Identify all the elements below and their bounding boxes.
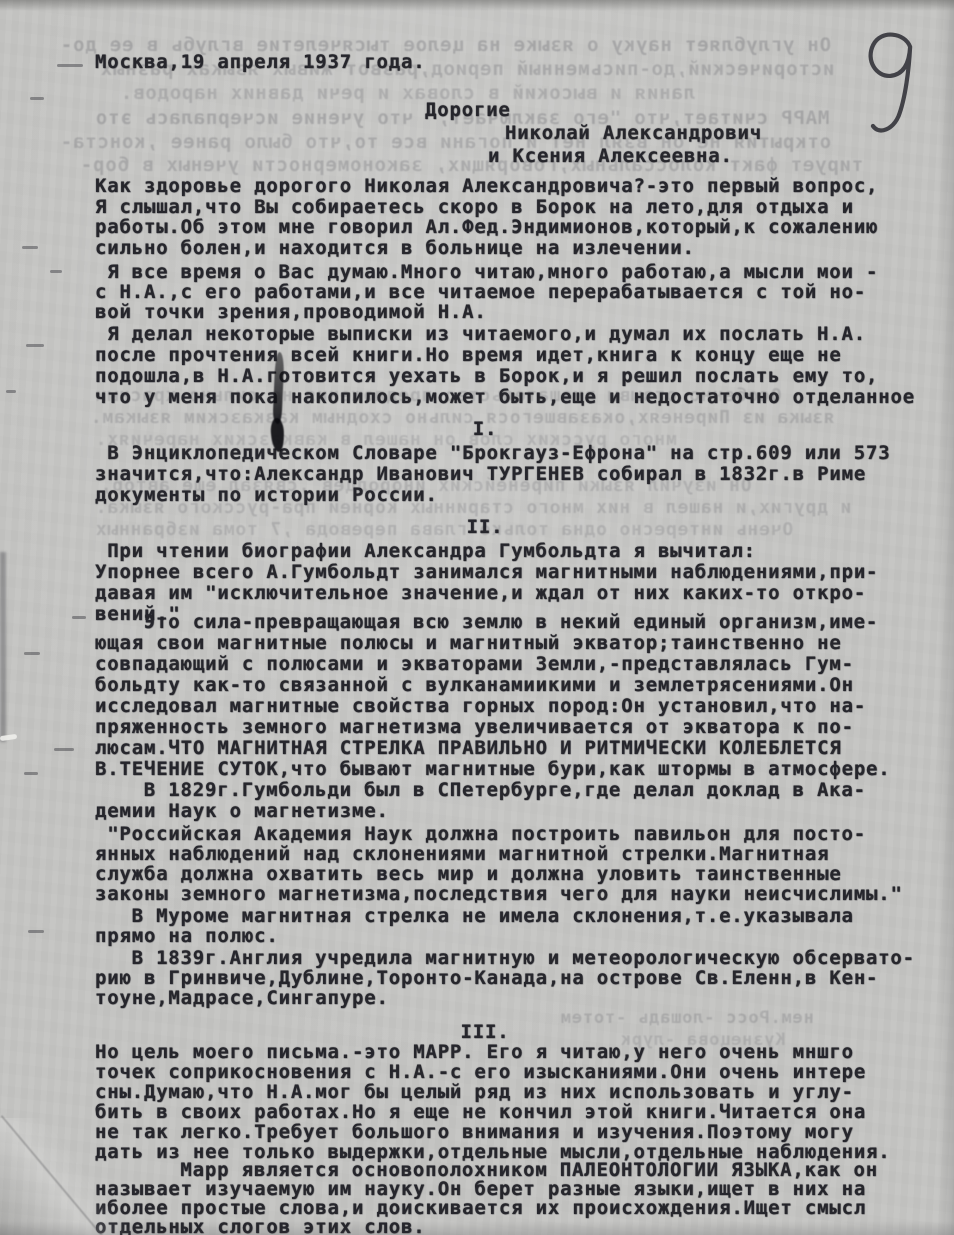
section-heading-3: III. bbox=[80, 1022, 890, 1043]
handwritten-nine-glyph bbox=[859, 26, 927, 147]
bleedthrough-text: тирует факт колоссальных,говорящих, зако… bbox=[80, 154, 863, 176]
section-heading-2: II. bbox=[80, 517, 890, 538]
para-4: В Энциклопедическом Словаре "Брокгауз-Еф… bbox=[95, 443, 890, 506]
margin-dash-mark bbox=[50, 270, 62, 273]
margin-dash-mark bbox=[26, 344, 44, 347]
salutation-line-3: и Ксения Алексеевна. bbox=[488, 146, 733, 167]
margin-dash-mark bbox=[54, 748, 74, 751]
handwritten-page-number: 9 bbox=[859, 26, 927, 147]
paper-scratch bbox=[0, 734, 17, 741]
para-10: В 1839г.Англия учредила магнитную и мете… bbox=[95, 948, 915, 1008]
margin-dash-mark bbox=[72, 616, 86, 619]
para-7: В 1829г.Гумбольди был в СПетербурге,где … bbox=[95, 780, 866, 822]
para-3: Я делал некоторые выписки из читаемого,и… bbox=[95, 324, 915, 408]
margin-dash-mark bbox=[30, 97, 44, 100]
margin-dash-mark bbox=[57, 64, 83, 67]
salutation-line-2: Николай Александрович bbox=[505, 123, 762, 144]
para-11: Но цель моего письма.-это МАРР. Его я чи… bbox=[95, 1042, 891, 1162]
letter-page: Он углубляет науку о языке на целое тыся… bbox=[0, 0, 954, 1235]
dateline: Москва,19 апреля 1937 года. bbox=[95, 52, 425, 73]
margin-dash-mark bbox=[24, 652, 40, 655]
para-9: В Муроме магнитная стрелка не имела скло… bbox=[95, 906, 854, 946]
margin-dash-mark bbox=[28, 930, 44, 933]
para-6: Это сила-превращающая всю землю в некий … bbox=[95, 612, 891, 780]
margin-dash-mark bbox=[6, 390, 16, 393]
para-8: "Российская Академия Наук должна построи… bbox=[95, 824, 903, 904]
para-2: Я все время о Вас думаю.Много читаю,мног… bbox=[95, 262, 878, 322]
salutation-line-1: Дорогие bbox=[425, 100, 511, 121]
bleedthrough-text: лания и высокий в словах и речи давних н… bbox=[120, 82, 695, 104]
margin-dash-mark bbox=[22, 246, 38, 249]
para-1: Как здоровье дорогого Николая Александро… bbox=[95, 176, 878, 258]
margin-dash-mark bbox=[24, 772, 38, 775]
left-edge-shadow bbox=[0, 552, 6, 742]
section-heading-1: I. bbox=[80, 419, 890, 440]
para-12: Марр является основополохником ПАЛЕОНТОЛ… bbox=[95, 1161, 878, 1235]
